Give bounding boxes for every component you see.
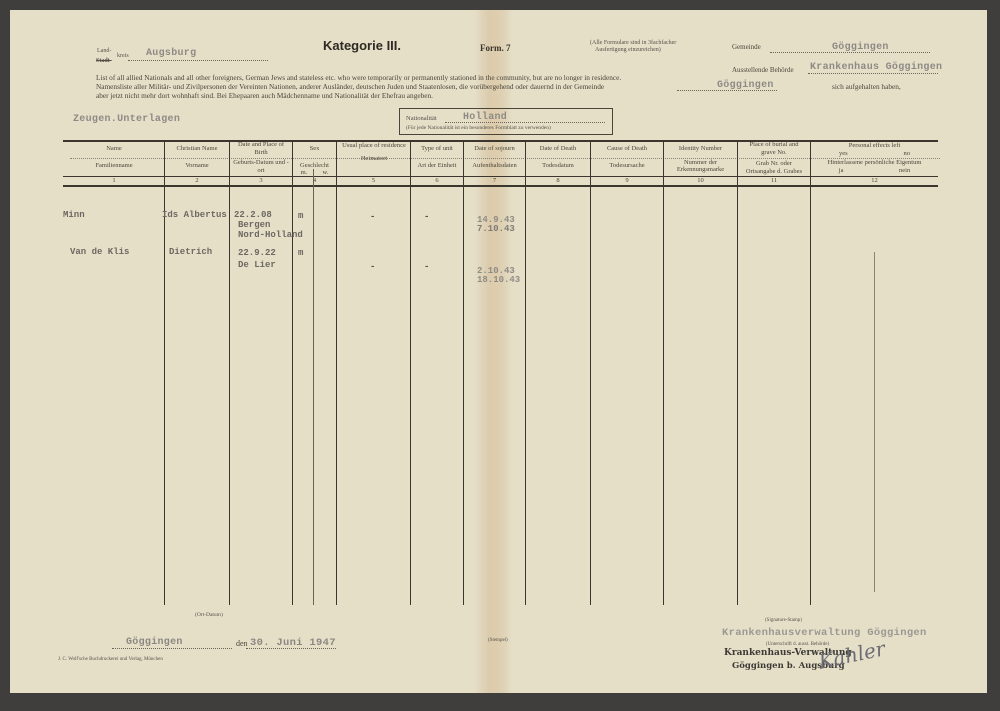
copies-note-line1: (Alle Formulare sind in 3fachfacher xyxy=(590,40,710,47)
col-header-residence-en: Usual place of residence xyxy=(340,142,408,150)
intro-german-line3: aber jetzt nicht mehr dort wohnhaft sind… xyxy=(96,91,433,100)
col-divider-7 xyxy=(525,140,526,605)
col-header-name-de: Familienname xyxy=(65,162,163,170)
col-header-effects-yes: yes xyxy=(839,150,848,158)
form-number: Form. 7 xyxy=(480,43,511,53)
col-header-sojourn-en: Date of sojourn xyxy=(464,145,525,153)
row-sex: m xyxy=(298,211,303,221)
col-header-death-cause-de: Todesursache xyxy=(591,162,663,170)
col-header-death-date-de: Todesdatum xyxy=(526,162,590,170)
col-header-birth-en: Date and Place of Birth xyxy=(231,141,291,156)
issuing-authority-value: Krankenhaus Göggingen xyxy=(810,62,942,73)
date-value: 30. Juni 1947 xyxy=(250,637,336,649)
col-header-christian-name-de: Vorname xyxy=(165,162,229,170)
row-sojourn-to: 18.10.43 xyxy=(477,275,520,285)
col-number-4: 4 xyxy=(293,177,336,184)
col-header-death-cause: Cause of Death Todesursache xyxy=(591,145,663,169)
col-header-identity: Identity Number Nummer der Erkennungsmar… xyxy=(664,145,737,174)
col-number-8: 8 xyxy=(526,177,590,184)
col-header-burial-en: Place of burial and grave No. xyxy=(749,141,799,156)
col-divider-2 xyxy=(229,140,230,605)
intro-german-line2: Namensliste aller Militär- und Zivilpers… xyxy=(96,82,604,91)
row-birth-place-1: Bergen xyxy=(238,220,270,230)
col-header-death-date-en: Date of Death xyxy=(526,145,590,153)
col-header-burial: Place of burial and grave No. Grab Nr. o… xyxy=(738,141,810,175)
district-label-kreis: kreis xyxy=(117,53,129,60)
place-value: Göggingen xyxy=(126,637,183,648)
district-value: Augsburg xyxy=(146,48,196,59)
col-number-10: 10 xyxy=(664,177,737,184)
col-number-1: 1 xyxy=(65,177,163,184)
row-residence: - xyxy=(370,262,375,272)
row-residence: - xyxy=(370,212,375,222)
den-label: den xyxy=(236,639,248,648)
row-christian-name: Ids Albertus xyxy=(162,210,227,220)
category-title: Kategorie III. xyxy=(323,38,401,53)
col-header-effects-nein: nein xyxy=(899,167,910,175)
row-unit: - xyxy=(424,262,429,272)
district-label-stadt: Stadt- xyxy=(96,58,112,65)
place-date-caption: (Ort-Datum) xyxy=(195,612,223,619)
district-label-land: Land- xyxy=(97,48,111,55)
col-header-effects-ja-nein: ja nein xyxy=(811,167,938,175)
col-header-effects-ja: ja xyxy=(839,167,844,175)
col-divider-9 xyxy=(663,140,664,605)
col-header-sex-de: Geschlecht xyxy=(293,162,336,170)
authority-stamp: Krankenhausverwaltung Göggingen xyxy=(722,627,927,639)
col-divider-8 xyxy=(590,140,591,605)
row-name: Van de Klis xyxy=(70,247,129,257)
col-divider-3 xyxy=(292,140,293,605)
col-header-unit: Type of unit Art der Einheit xyxy=(411,145,463,169)
row-sex: m xyxy=(298,248,303,258)
col-header-death-cause-en: Cause of Death xyxy=(591,145,663,153)
col-divider-sex-split xyxy=(313,169,314,605)
row-christian-name: Dietrich xyxy=(169,247,212,257)
table-number-row-bottom xyxy=(63,185,938,187)
row-birth-date: 22.9.22 xyxy=(238,248,276,258)
copies-note-line2: Ausfertigung einzureichen) xyxy=(590,47,710,54)
row-birth-place-1: De Lier xyxy=(238,260,276,270)
signature-caption: (Signature-Stamp) xyxy=(765,617,802,624)
category-note: Zeugen.Unterlagen xyxy=(73,114,180,125)
col-divider-4 xyxy=(336,140,337,605)
col-number-11: 11 xyxy=(738,177,810,184)
col-header-birth-de: Geburts-Datum und -ort xyxy=(231,159,291,174)
col-divider-10 xyxy=(737,140,738,605)
col-header-death-date: Date of Death Todesdatum xyxy=(526,145,590,169)
intro-german-place: Göggingen xyxy=(717,80,774,91)
col-number-12: 12 xyxy=(811,177,938,184)
col-header-unit-de: Art der Einheit xyxy=(411,162,463,170)
col-divider-6 xyxy=(463,140,464,605)
place-dotted-line xyxy=(112,648,232,649)
col-number-6: 6 xyxy=(411,177,463,184)
col-header-identity-de: Nummer der Erkennungsmarke xyxy=(676,159,726,174)
municipality-value: Göggingen xyxy=(832,42,889,53)
col-header-christian-name-en: Christian Name xyxy=(165,145,229,153)
row-unit: - xyxy=(424,212,429,222)
authority-caption: (Unterschrift d. ausst. Behörde) xyxy=(766,641,829,648)
row-sojourn-to: 7.10.43 xyxy=(477,224,515,234)
col-header-residence-de: Heimatort xyxy=(340,155,408,163)
col-header-sex-w: w. xyxy=(322,169,328,177)
col-header-sex-en: Sex xyxy=(293,145,336,153)
col-header-residence: Usual place of residence Heimatort xyxy=(340,142,408,162)
col-header-sojourn-de: Aufenthaltsdaten xyxy=(464,162,525,170)
municipality-label: Gemeinde xyxy=(732,43,761,52)
nationality-value: Holland xyxy=(463,112,507,123)
col-header-unit-en: Type of unit xyxy=(411,145,463,153)
col-header-effects-en: Personal effects left xyxy=(811,142,938,150)
col-header-effects-de: Hinterlassene persönliche Eigentum xyxy=(811,159,938,167)
col-header-name-en: Name xyxy=(65,145,163,153)
col-header-christian-name: Christian Name Vorname xyxy=(165,145,229,169)
intro-english: List of all allied Nationals and all oth… xyxy=(96,73,956,82)
col-number-2: 2 xyxy=(165,177,229,184)
nationality-box: Nationalität Holland (Für jede Nationali… xyxy=(399,108,613,135)
nationality-note: (Für jede Nationalität ist ein besondere… xyxy=(406,125,551,132)
col-header-sojourn: Date of sojourn Aufenthaltsdaten xyxy=(464,145,525,169)
col-divider-12-split xyxy=(874,252,875,592)
col-number-9: 9 xyxy=(591,177,663,184)
intro-german-suffix: sich aufgehalten haben, xyxy=(832,82,901,91)
col-header-sex: Sex Geschlecht m. w. xyxy=(293,145,336,177)
col-number-3: 3 xyxy=(230,177,292,184)
district-dotted-line xyxy=(128,60,268,61)
row-name: Minn xyxy=(63,210,85,220)
col-divider-11 xyxy=(810,140,811,605)
col-header-sex-sub: m. w. xyxy=(293,169,336,177)
document-page: Land- kreis Stadt- Augsburg Kategorie II… xyxy=(10,10,987,693)
stamp-caption: (Stempel) xyxy=(488,637,508,644)
col-header-effects: Personal effects left yes no Hinterlasse… xyxy=(811,142,938,174)
row-birth-place-2: Nord-Holland xyxy=(238,230,303,240)
col-number-5: 5 xyxy=(337,177,410,184)
col-header-burial-de: Grab Nr. oder Ortsangabe d. Grabes xyxy=(743,160,805,175)
col-header-birth: Date and Place of Birth Geburts-Datum un… xyxy=(231,141,291,174)
copies-note: (Alle Formulare sind in 3fachfacher Ausf… xyxy=(590,40,710,54)
printer-note: J. C. Wolf'sche Buchdruckerei und Verlag… xyxy=(58,656,163,663)
col-header-sex-m: m. xyxy=(301,169,308,177)
col-header-effects-no: no xyxy=(904,150,911,158)
col-header-effects-yes-no: yes no xyxy=(811,150,938,158)
row-birth-date: 22.2.08 xyxy=(234,210,272,220)
col-header-name: Name Familienname xyxy=(65,145,163,169)
nationality-label: Nationalität xyxy=(406,115,437,122)
col-header-identity-en: Identity Number xyxy=(664,145,737,153)
col-divider-5 xyxy=(410,140,411,605)
col-number-7: 7 xyxy=(464,177,525,184)
